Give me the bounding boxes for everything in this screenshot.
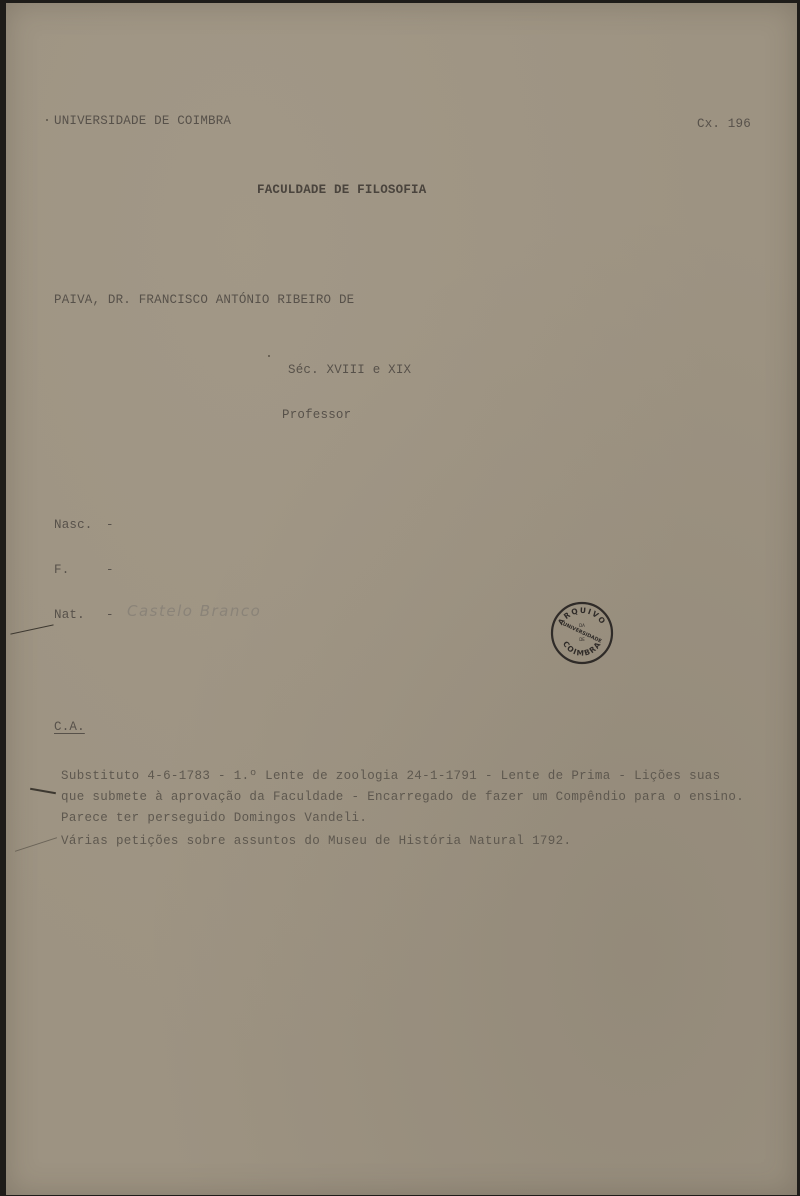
- field-separator: -: [106, 519, 114, 532]
- field-separator: -: [106, 609, 114, 622]
- paper-tear-mark: [15, 837, 57, 852]
- body-line: Várias petições sobre assuntos do Museu …: [61, 835, 571, 848]
- svg-text:COIMBRA: COIMBRA: [561, 640, 603, 658]
- body-line: Parece ter perseguido Domingos Vandeli.: [61, 812, 367, 825]
- field-label: Nasc.: [54, 519, 93, 532]
- field-label: F.: [54, 564, 69, 577]
- century: Séc. XVIII e XIX: [288, 364, 411, 377]
- archive-index-card: UNIVERSIDADE DE COIMBRA Cx. 196 FACULDAD…: [6, 3, 797, 1195]
- field-label: Nat.: [54, 609, 85, 622]
- body-line: Substituto 4-6-1783 - 1.º Lente de zoolo…: [61, 770, 721, 783]
- handwritten-birthplace: Castelo Branco: [127, 604, 261, 619]
- svg-text:DA: DA: [579, 623, 585, 628]
- faculty-title: FACULDADE DE FILOSOFIA: [257, 184, 426, 197]
- paper-tear-mark: [10, 624, 53, 634]
- paper-speck: [268, 355, 270, 357]
- field-separator: -: [106, 564, 114, 577]
- body-line: que submete à aprovação da Faculdade - E…: [61, 791, 744, 804]
- svg-text:DE: DE: [579, 637, 585, 642]
- paper-speck: [46, 119, 48, 121]
- section-heading-ca: C.A.: [54, 721, 85, 734]
- header-institution: UNIVERSIDADE DE COIMBRA: [54, 115, 231, 128]
- archive-stamp-icon: ARQUIVO DA UNIVERSIDADE DE COIMBRA: [550, 601, 614, 665]
- role: Professor: [282, 409, 351, 422]
- header-box-number: Cx. 196: [697, 118, 751, 131]
- person-name: PAIVA, DR. FRANCISCO ANTÓNIO RIBEIRO DE: [54, 294, 354, 307]
- paper-tear-mark: [30, 788, 56, 794]
